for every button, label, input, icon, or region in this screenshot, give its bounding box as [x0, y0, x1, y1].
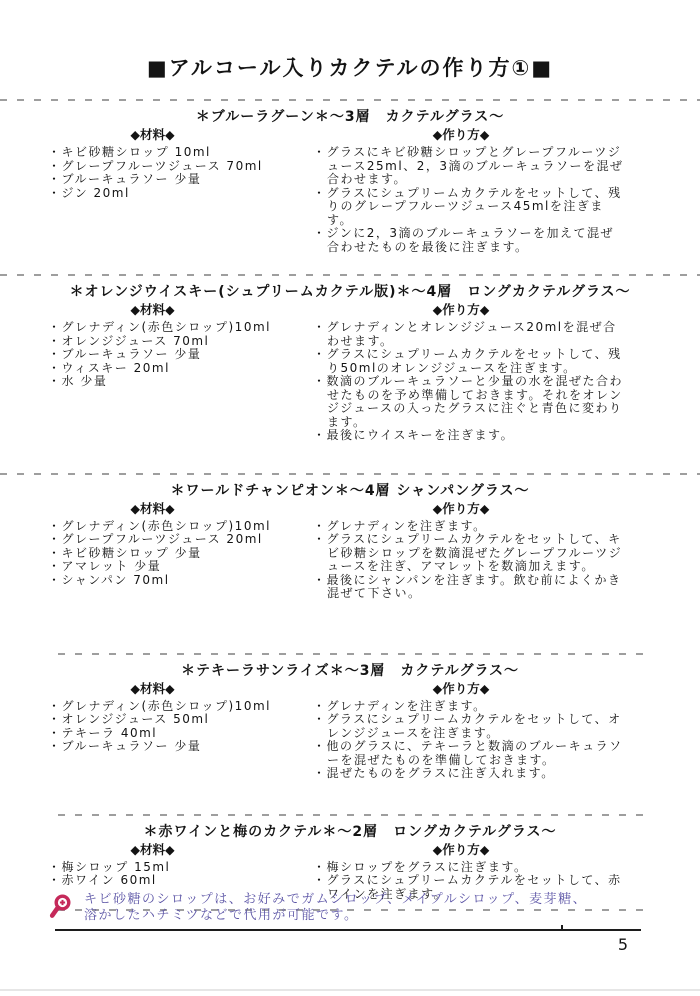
step-item: ・グレナディンとオレンジジュース20mlを混ぜ合わせます。 — [313, 321, 625, 348]
recipe-title: ＊テキーラサンライズ＊～3層 カクテルグラス～ — [0, 662, 700, 680]
step-item: ・ジンに2，3滴のブルーキュラソーを加えて混ぜ合わせたものを最後に注ぎます。 — [313, 227, 625, 254]
material-item: ・ウィスキー 20ml — [48, 362, 313, 376]
material-item-text: テキーラ 40ml — [62, 726, 158, 740]
steps-list: ・グレナディンを注ぎます。・グラスにシュプリームカクテルをセットして、オレンジジ… — [313, 700, 625, 781]
materials-heading: ◆材料◆ — [20, 501, 285, 516]
bullet: ・ — [48, 186, 62, 200]
step-item-text: 数滴のブルーキュラソーと少量の水を混ぜた合わせたものを予め準備しておきます。それ… — [327, 374, 624, 429]
materials-column: ◆材料◆ ・グレナディン(赤色シロップ)10ml・オレンジジュース 50ml・テ… — [48, 681, 313, 781]
materials-column: ◆材料◆ ・グレナディン(赤色シロップ)10ml・オレンジジュース 70ml・ブ… — [48, 302, 313, 443]
recipe-title: ＊赤ワインと梅のカクテル＊～2層 ロングカクテルグラス～ — [0, 823, 700, 841]
step-item-text: グレナディンとオレンジジュース20mlを混ぜ合わせます。 — [327, 320, 617, 348]
material-item-text: キビ砂糖シロップ 少量 — [62, 546, 202, 560]
bullet: ・ — [48, 374, 62, 388]
steps-column: ◆作り方◆ ・グレナディンとオレンジジュース20mlを混ぜ合わせます。・グラスに… — [313, 302, 625, 443]
bullet: ・ — [48, 559, 62, 573]
steps-heading: ◆作り方◆ — [305, 842, 617, 857]
step-item: ・グラスにシュプリームカクテルをセットして、キビ砂糖シロップを数滴混ぜたグレープ… — [313, 533, 625, 574]
recipe-title: ＊ワールドチャンピオン＊～4層 シャンパングラス～ — [0, 482, 700, 500]
steps-column: ◆作り方◆ ・グレナディンを注ぎます。・グラスにシュプリームカクテルをセットして… — [313, 501, 625, 601]
materials-list: ・グレナディン(赤色シロップ)10ml・オレンジジュース 70ml・ブルーキュラ… — [48, 321, 313, 389]
material-item-text: グレナディン(赤色シロップ)10ml — [62, 519, 271, 533]
material-item-text: グレナディン(赤色シロップ)10ml — [62, 320, 271, 334]
bullet: ・ — [313, 145, 327, 159]
step-item: ・グラスにキビ砂糖シロップとグレープフルーツジュース25ml、2，3滴のブルーキ… — [313, 146, 625, 187]
bullet: ・ — [313, 573, 327, 587]
materials-heading: ◆材料◆ — [20, 302, 285, 317]
materials-column: ◆材料◆ ・グレナディン(赤色シロップ)10ml・グレープフルーツジュース 20… — [48, 501, 313, 601]
step-item-text: グラスにシュプリームカクテルをセットして、残りのグレープフルーツジュース45ml… — [327, 186, 622, 227]
steps-list: ・グラスにキビ砂糖シロップとグレープフルーツジュース25ml、2，3滴のブルーキ… — [313, 146, 625, 254]
step-item: ・最後にシャンパンを注ぎます。飲む前によくかき混ぜて下さい。 — [313, 574, 625, 601]
steps-column: ◆作り方◆ ・グレナディンを注ぎます。・グラスにシュプリームカクテルをセットして… — [313, 681, 625, 781]
material-item: ・梅シロップ 15ml — [48, 861, 313, 875]
materials-column: ◆材料◆ ・キビ砂糖シロップ 10ml・グレープフルーツジュース 70ml・ブル… — [48, 127, 313, 254]
step-item-text: グレナディンを注ぎます。 — [327, 699, 487, 713]
material-item: ・グレナディン(赤色シロップ)10ml — [48, 520, 313, 534]
bullet: ・ — [48, 159, 62, 173]
material-item-text: グレナディン(赤色シロップ)10ml — [62, 699, 271, 713]
step-item-text: ジンに2，3滴のブルーキュラソーを加えて混ぜ合わせたものを最後に注ぎます。 — [327, 226, 615, 254]
step-item-text: グラスにシュプリームカクテルをセットして、オレンジジュースを注ぎます。 — [327, 712, 622, 740]
step-item-text: 最後にウイスキーを注ぎます。 — [327, 428, 515, 442]
page-number: 5 — [618, 935, 628, 955]
bullet: ・ — [48, 546, 62, 560]
materials-heading: ◆材料◆ — [20, 127, 285, 142]
footer-rule-tick — [561, 925, 563, 930]
step-item-text: グラスにシュプリームカクテルをセットして、キビ砂糖シロップを数滴混ぜたグレープフ… — [327, 532, 623, 573]
materials-list: ・グレナディン(赤色シロップ)10ml・オレンジジュース 50ml・テキーラ 4… — [48, 700, 313, 754]
bullet: ・ — [313, 320, 327, 334]
steps-heading: ◆作り方◆ — [305, 302, 617, 317]
bullet: ・ — [48, 873, 62, 887]
bullet: ・ — [313, 873, 327, 887]
material-item-text: ジン 20ml — [62, 186, 130, 200]
step-item: ・グラスにシュプリームカクテルをセットして、残り50mlのオレンジジュースを注ぎ… — [313, 348, 625, 375]
bullet: ・ — [48, 726, 62, 740]
recipe-title: ＊ブルーラグーン＊～3層 カクテルグラス～ — [0, 108, 700, 126]
material-item-text: ウィスキー 20ml — [62, 361, 170, 375]
page-bottom-edge — [0, 989, 700, 991]
bullet: ・ — [48, 145, 62, 159]
bullet: ・ — [48, 699, 62, 713]
step-item-text: 他のグラスに、テキーラと数滴のブルーキュラソーを混ぜたものを準備しておきます。 — [327, 739, 623, 767]
material-item: ・アマレット 少量 — [48, 560, 313, 574]
material-item: ・ブルーキュラソー 少量 — [48, 348, 313, 362]
material-item-text: シャンパン 70ml — [62, 573, 170, 587]
steps-heading: ◆作り方◆ — [305, 501, 617, 516]
bullet: ・ — [48, 334, 62, 348]
bullet: ・ — [313, 519, 327, 533]
material-item-text: オレンジジュース 50ml — [62, 712, 210, 726]
magnifier-plus-icon — [48, 893, 72, 920]
materials-list: ・キビ砂糖シロップ 10ml・グレープフルーツジュース 70ml・ブルーキュラソ… — [48, 146, 313, 200]
bullet: ・ — [48, 347, 62, 361]
bullet: ・ — [48, 573, 62, 587]
step-item-text: グラスにシュプリームカクテルをセットして、残り50mlのオレンジジュースを注ぎま… — [327, 347, 622, 375]
material-item: ・シャンパン 70ml — [48, 574, 313, 588]
materials-list: ・グレナディン(赤色シロップ)10ml・グレープフルーツジュース 20ml・キビ… — [48, 520, 313, 588]
material-item: ・赤ワイン 60ml — [48, 874, 313, 888]
material-item: ・グレナディン(赤色シロップ)10ml — [48, 321, 313, 335]
bullet: ・ — [48, 519, 62, 533]
recipe-columns: ◆材料◆ ・グレナディン(赤色シロップ)10ml・グレープフルーツジュース 20… — [0, 501, 700, 601]
material-item: ・水 少量 — [48, 375, 313, 389]
step-item: ・グレナディンを注ぎます。 — [313, 520, 625, 534]
bullet: ・ — [313, 860, 327, 874]
bullet: ・ — [48, 860, 62, 874]
footer-rule — [55, 929, 641, 931]
materials-list: ・梅シロップ 15ml・赤ワイン 60ml — [48, 861, 313, 888]
bullet: ・ — [313, 532, 327, 546]
step-item: ・混ぜたものをグラスに注ぎ入れます。 — [313, 767, 625, 781]
steps-list: ・グレナディンを注ぎます。・グラスにシュプリームカクテルをセットして、キビ砂糖シ… — [313, 520, 625, 601]
bullet: ・ — [313, 347, 327, 361]
dashed-divider — [0, 274, 700, 276]
material-item-text: グレープフルーツジュース 70ml — [62, 159, 263, 173]
recipe-section: ＊テキーラサンライズ＊～3層 カクテルグラス～ ◆材料◆ ・グレナディン(赤色シ… — [0, 662, 700, 781]
step-item: ・最後にウイスキーを注ぎます。 — [313, 429, 625, 443]
step-item: ・梅シロップをグラスに注ぎます。 — [313, 861, 625, 875]
bullet: ・ — [48, 361, 62, 375]
steps-heading: ◆作り方◆ — [305, 127, 617, 142]
recipe-columns: ◆材料◆ ・グレナディン(赤色シロップ)10ml・オレンジジュース 70ml・ブ… — [0, 302, 700, 443]
material-item: ・オレンジジュース 70ml — [48, 335, 313, 349]
step-item-text: グラスにキビ砂糖シロップとグレープフルーツジュース25ml、2，3滴のブルーキュ… — [327, 145, 624, 186]
step-item: ・グレナディンを注ぎます。 — [313, 700, 625, 714]
doc-title: ■アルコール入りカクテルの作り方①■ — [0, 0, 700, 84]
material-item-text: 赤ワイン 60ml — [62, 873, 157, 887]
recipe-columns: ◆材料◆ ・グレナディン(赤色シロップ)10ml・オレンジジュース 50ml・テ… — [0, 681, 700, 781]
material-item: ・グレープフルーツジュース 70ml — [48, 160, 313, 174]
bullet: ・ — [313, 428, 327, 442]
materials-heading: ◆材料◆ — [20, 842, 285, 857]
bullet: ・ — [313, 766, 327, 780]
bullet: ・ — [313, 712, 327, 726]
recipe-title: ＊オレンジウイスキー(シュプリームカクテル版)＊～4層 ロングカクテルグラス～ — [0, 283, 700, 301]
step-item: ・他のグラスに、テキーラと数滴のブルーキュラソーを混ぜたものを準備しておきます。 — [313, 740, 625, 767]
material-item-text: オレンジジュース 70ml — [62, 334, 210, 348]
steps-list: ・グレナディンとオレンジジュース20mlを混ぜ合わせます。・グラスにシュプリーム… — [313, 321, 625, 443]
material-item: ・ブルーキュラソー 少量 — [48, 173, 313, 187]
step-item-text: 梅シロップをグラスに注ぎます。 — [327, 860, 528, 874]
material-item-text: アマレット 少量 — [62, 559, 162, 573]
recipe-list: ＊ブルーラグーン＊～3層 カクテルグラス～ ◆材料◆ ・キビ砂糖シロップ 10m… — [0, 108, 700, 911]
material-item: ・ジン 20ml — [48, 187, 313, 201]
material-item-text: 水 少量 — [62, 374, 108, 388]
material-item-text: ブルーキュラソー 少量 — [62, 347, 202, 361]
step-item-text: グレナディンを注ぎます。 — [327, 519, 487, 533]
note-text: キビ砂糖のシロップは、お好みでガムシロップ、メイプルシロップ、麦芽糖、溶かしたハ… — [84, 892, 599, 923]
materials-heading: ◆材料◆ — [20, 681, 285, 696]
material-item: ・オレンジジュース 50ml — [48, 713, 313, 727]
bullet: ・ — [48, 172, 62, 186]
step-item-text: 最後にシャンパンを注ぎます。飲む前によくかき混ぜて下さい。 — [327, 573, 622, 601]
material-item-text: ブルーキュラソー 少量 — [62, 739, 202, 753]
bullet: ・ — [313, 374, 327, 388]
bullet: ・ — [313, 739, 327, 753]
bullet: ・ — [48, 739, 62, 753]
dashed-divider — [0, 99, 700, 101]
bullet: ・ — [48, 320, 62, 334]
step-item: ・グラスにシュプリームカクテルをセットして、オレンジジュースを注ぎます。 — [313, 713, 625, 740]
bullet: ・ — [313, 226, 327, 240]
material-item-text: キビ砂糖シロップ 10ml — [62, 145, 211, 159]
material-item: ・グレープフルーツジュース 20ml — [48, 533, 313, 547]
page: ■アルコール入りカクテルの作り方①■ ＊ブルーラグーン＊～3層 カクテルグラス～… — [0, 0, 700, 996]
material-item: ・キビ砂糖シロップ 10ml — [48, 146, 313, 160]
recipe-section: ＊赤ワインと梅のカクテル＊～2層 ロングカクテルグラス～ ◆材料◆ ・梅シロップ… — [0, 823, 700, 902]
bullet: ・ — [313, 699, 327, 713]
recipe-section: ＊ワールドチャンピオン＊～4層 シャンパングラス～ ◆材料◆ ・グレナディン(赤… — [0, 482, 700, 601]
material-item: ・テキーラ 40ml — [48, 727, 313, 741]
material-item-text: 梅シロップ 15ml — [62, 860, 171, 874]
steps-column: ◆作り方◆ ・グラスにキビ砂糖シロップとグレープフルーツジュース25ml、2，3… — [313, 127, 625, 254]
dashed-divider — [58, 653, 645, 655]
recipe-columns: ◆材料◆ ・キビ砂糖シロップ 10ml・グレープフルーツジュース 70ml・ブル… — [0, 127, 700, 254]
dashed-divider — [58, 814, 645, 816]
material-item-text: グレープフルーツジュース 20ml — [62, 532, 263, 546]
bullet: ・ — [313, 186, 327, 200]
step-item: ・グラスにシュプリームカクテルをセットして、残りのグレープフルーツジュース45m… — [313, 187, 625, 228]
recipe-section: ＊オレンジウイスキー(シュプリームカクテル版)＊～4層 ロングカクテルグラス～ … — [0, 283, 700, 443]
recipe-section: ＊ブルーラグーン＊～3層 カクテルグラス～ ◆材料◆ ・キビ砂糖シロップ 10m… — [0, 108, 700, 254]
steps-heading: ◆作り方◆ — [305, 681, 617, 696]
step-item: ・数滴のブルーキュラソーと少量の水を混ぜた合わせたものを予め準備しておきます。そ… — [313, 375, 625, 429]
dashed-divider — [0, 473, 700, 475]
material-item: ・キビ砂糖シロップ 少量 — [48, 547, 313, 561]
bullet: ・ — [48, 532, 62, 546]
substitution-note: キビ砂糖のシロップは、お好みでガムシロップ、メイプルシロップ、麦芽糖、溶かしたハ… — [48, 892, 670, 923]
bullet: ・ — [48, 712, 62, 726]
step-item-text: 混ぜたものをグラスに注ぎ入れます。 — [327, 766, 555, 780]
material-item-text: ブルーキュラソー 少量 — [62, 172, 202, 186]
material-item: ・グレナディン(赤色シロップ)10ml — [48, 700, 313, 714]
material-item: ・ブルーキュラソー 少量 — [48, 740, 313, 754]
